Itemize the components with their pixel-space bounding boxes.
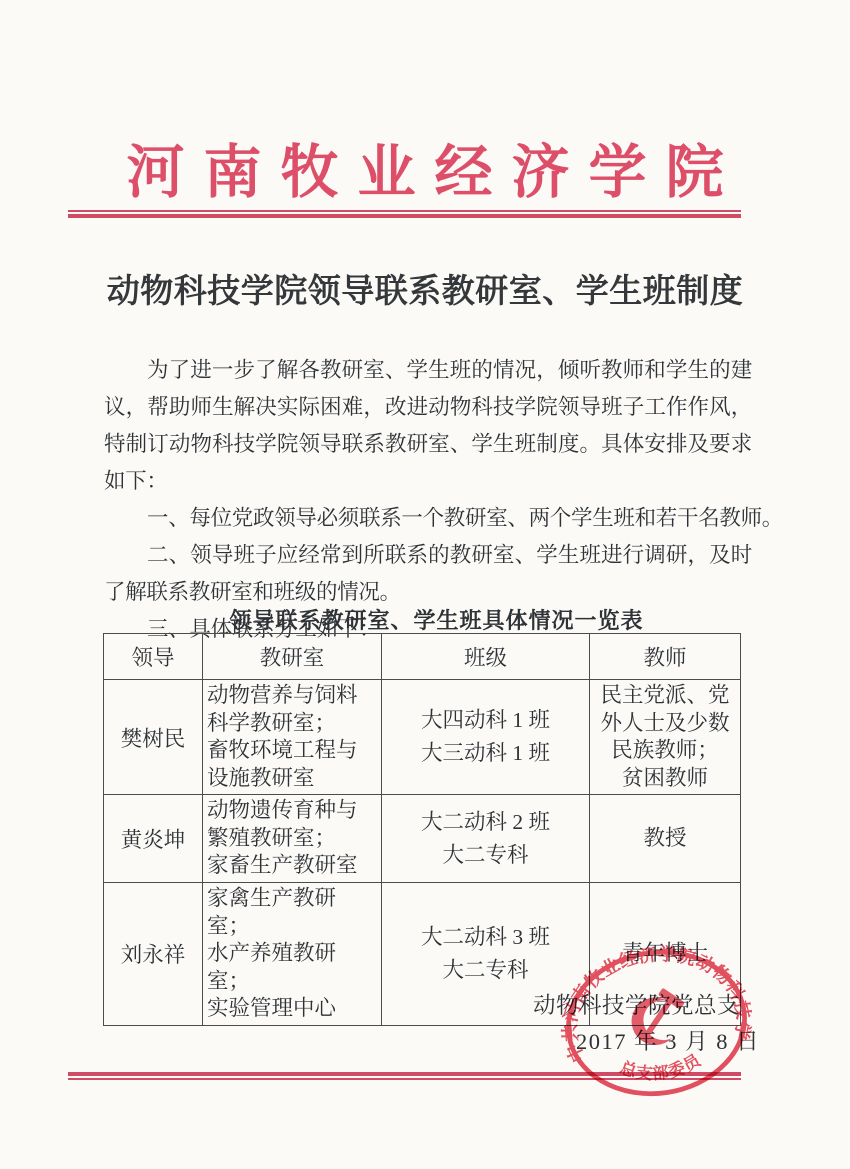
paragraph-clause-1: 一、每位党政领导必须联系一个教研室、两个学生班和若干名教师。 — [104, 500, 752, 537]
column-header-teacher: 教师 — [590, 634, 741, 680]
cell-offices: 动物营养与饲料科学教研室； 畜牧环境工程与设施教研室 — [203, 680, 382, 795]
document-page: 河南牧业经济学院 动物科技学院领导联系教研室、学生班制度 为了进一步了解各教研室… — [0, 0, 850, 1169]
official-red-stamp: 中共河南牧业经济学院动物科技学院 总支部委员会 — [550, 934, 762, 1111]
letterhead-divider-thick-line — [68, 214, 741, 218]
page-title: 动物科技学院领导联系教研室、学生班制度 — [0, 265, 850, 312]
cell-offices: 家禽生产教研室； 水产养殖教研室； 实验管理中心 — [203, 883, 382, 1026]
cell-leader: 黄炎坤 — [104, 795, 203, 883]
letterhead-divider-thin-line — [68, 210, 741, 212]
table-row: 黄炎坤 动物遗传育种与繁殖教研室； 家畜生产教研室 大二动科 2 班 大二专科 … — [104, 795, 741, 883]
cell-classes: 大四动科 1 班 大三动科 1 班 — [382, 680, 590, 795]
hammer-sickle-icon — [627, 985, 690, 1048]
cell-classes: 大二动科 2 班 大二专科 — [382, 795, 590, 883]
table-caption: 领导联系教研室、学生班具体情况一览表 — [118, 604, 755, 635]
cell-leader: 樊树民 — [104, 680, 203, 795]
letterhead-divider — [68, 210, 741, 218]
cell-teachers: 教授 — [590, 795, 741, 883]
letterhead-title: 河南牧业经济学院 — [0, 142, 850, 204]
paragraph-clause-2: 二、领导班子应经常到所联系的教研室、学生班进行调研，及时了解联系教研室和班级的情… — [104, 537, 752, 611]
table-row: 樊树民 动物营养与饲料科学教研室； 畜牧环境工程与设施教研室 大四动科 1 班 … — [104, 680, 741, 795]
column-header-leader: 领导 — [104, 634, 203, 680]
cell-offices: 动物遗传育种与繁殖教研室； 家畜生产教研室 — [203, 795, 382, 883]
column-header-class: 班级 — [382, 634, 590, 680]
paragraph-intro: 为了进一步了解各教研室、学生班的情况，倾听教师和学生的建议，帮助师生解决实际困难… — [104, 352, 752, 500]
cell-teachers: 民主党派、党外人士及少数民族教师； 贫困教师 — [590, 680, 741, 795]
cell-leader: 刘永祥 — [104, 883, 203, 1026]
table-header-row: 领导 教研室 班级 教师 — [104, 634, 741, 680]
column-header-office: 教研室 — [203, 634, 382, 680]
